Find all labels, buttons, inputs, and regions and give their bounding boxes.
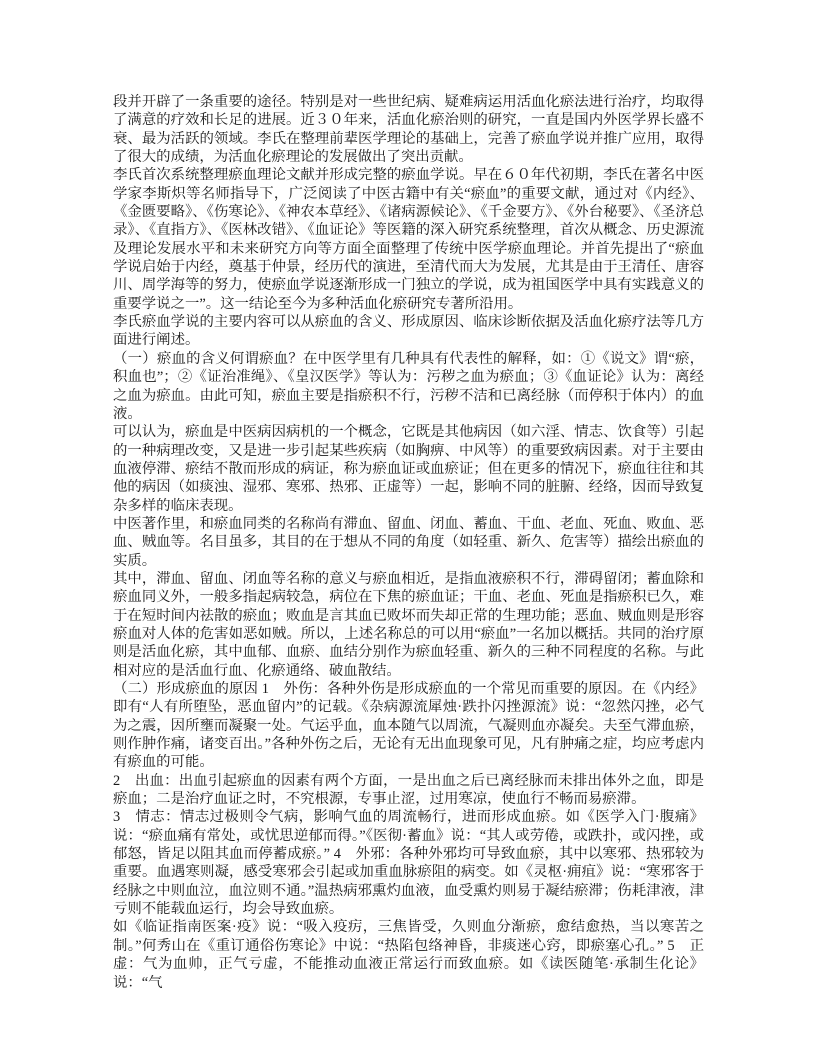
- paragraph-cause3-emotion-cause4-evil: 3 情志：情志过极则令气病，影响气血的周流畅行，进而形成血瘀。如《医学入门·腹痛…: [113, 808, 704, 918]
- paragraph-theory-history: 李氏首次系统整理瘀血理论文献并形成完整的瘀血学说。早在６０年代初期，李氏在著名中…: [113, 166, 704, 313]
- document-page: 段并开辟了一条重要的途径。特别是对一些世纪病、疑难病运用活血化瘀法进行治疗，均取…: [0, 0, 816, 1056]
- paragraph-section1-definition: （一）瘀血的含义何谓瘀血？在中医学里有几种具有代表性的解释，如：①《说文》谓“瘀…: [113, 350, 704, 423]
- paragraph-continuation-intro: 段并开辟了一条重要的途径。特别是对一些世纪病、疑难病运用活血化瘀法进行治疗，均取…: [113, 93, 704, 166]
- paragraph-synonym-meanings: 其中，滞血、留血、闭血等名称的意义与瘀血相近，是指血液瘀积不行，滞碍留闭；蓄血除…: [113, 570, 704, 680]
- document-text-block: 段并开辟了一条重要的途径。特别是对一些世纪病、疑难病运用活血化瘀法进行治疗，均取…: [113, 93, 704, 992]
- paragraph-definition-concept: 可以认为，瘀血是中医病因病机的一个概念，它既是其他病因（如六淫、情志、饮食等）引…: [113, 423, 704, 515]
- paragraph-cause5-deficiency: 如《临证指南医案·疫》说：“吸入疫疠，三焦皆受，久则血分渐瘀，愈结愈热，当以寒苦…: [113, 918, 704, 991]
- paragraph-cause2-bleeding: 2 出血：出血引起瘀血的因素有两个方面，一是出血之后已离经脉而未排出体外之血，即…: [113, 772, 704, 809]
- paragraph-main-content-overview: 李氏瘀血学说的主要内容可以从瘀血的含义、形成原因、临床诊断依据及活血化瘀疗法等几…: [113, 313, 704, 350]
- paragraph-synonym-names: 中医著作里，和瘀血同类的名称尚有滞血、留血、闭血、蓄血、干血、老血、死血、败血、…: [113, 515, 704, 570]
- paragraph-section2-cause1-trauma: （二）形成瘀血的原因 1 外伤：各种外伤是形成瘀血的一个常见而重要的原因。在《内…: [113, 680, 704, 772]
